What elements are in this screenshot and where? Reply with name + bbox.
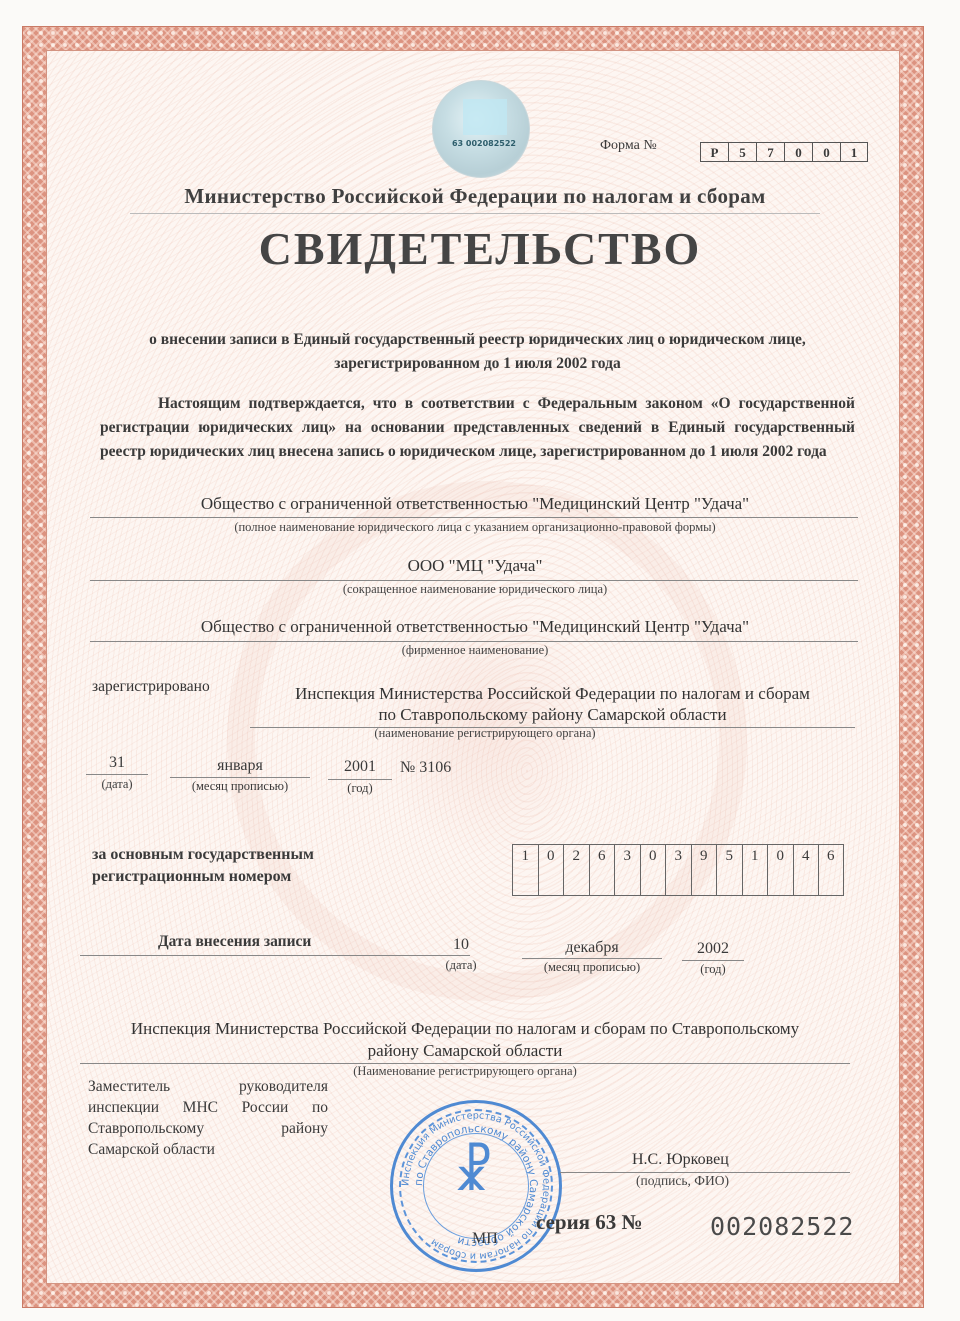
certificate-page: 63 002082522 Форма № Р 5 7 0 0 1 Министе… [0,0,960,1321]
hologram-number: 63 002082522 [449,139,519,148]
registering-authority-caption: (наименование регистрирующего органа) [250,726,720,741]
full-name-caption: (полное наименование юридического лица с… [90,520,860,535]
registration-number: № 3106 [400,759,451,777]
signer-position: Заместитель руководителя инспекции МНС Р… [88,1076,328,1160]
serial-label: серия 63 № [536,1210,643,1235]
hologram-seal-icon: 63 002082522 [432,80,530,178]
entry-month-line [522,958,662,959]
ogrn-digit: 1 [512,844,538,896]
registration-month: января [170,757,310,775]
full-name-line [90,517,858,518]
ogrn-digit: 1 [742,844,768,896]
brand-name-line [90,641,858,642]
registration-day-caption: (дата) [86,777,148,792]
short-name-line [90,580,858,581]
ogrn-digit: 9 [691,844,717,896]
short-name-caption: (сокращенное наименование юридического л… [90,582,860,597]
registration-day-line [86,774,148,775]
short-name-value: ООО "МЦ "Удача" [90,556,860,576]
ministry-name: Министерство Российской Федерации по нал… [130,184,820,214]
registration-month-line [170,777,310,778]
registered-label: зарегистрировано [92,678,210,696]
hologram-emblem [463,99,507,135]
form-code-cell: 1 [840,142,868,162]
entry-day: 10 [430,936,492,954]
issuing-authority-line1: Инспекция Министерства Российской Федера… [80,1019,850,1039]
signer-position-line: Заместитель руководителя [88,1076,328,1097]
form-code-cell: Р [700,142,728,162]
brand-name-value: Общество с ограниченной ответственностью… [90,617,860,637]
entry-year: 2002 [682,940,744,958]
certificate-title: СВИДЕТЕЛЬСТВО [120,222,840,275]
entry-date-label-line [80,955,470,956]
form-code-cell: 5 [728,142,756,162]
confirmation-paragraph: Настоящим подтверждается, что в соответс… [100,392,855,464]
form-code-cell: 0 [784,142,812,162]
ogrn-label: за основным государственным регистрацион… [92,844,314,888]
serial-number: 002082522 [710,1212,854,1241]
ogrn-digit: 0 [538,844,564,896]
full-name-value: Общество с ограниченной ответственностью… [90,494,860,514]
ogrn-label-line1: за основным государственным [92,844,314,866]
registration-day: 31 [86,754,148,772]
ogrn-boxes: 1 0 2 6 3 0 3 9 5 1 0 4 6 [512,844,844,896]
ogrn-digit: 0 [767,844,793,896]
issuing-authority-line2: району Самарской области [80,1041,850,1061]
entry-year-caption: (год) [682,962,744,977]
form-code-cell: 0 [812,142,840,162]
registration-year-line [328,779,392,780]
ogrn-digit: 4 [793,844,819,896]
registration-year-caption: (год) [328,781,392,796]
ogrn-digit: 5 [716,844,742,896]
entry-month-caption: (месяц прописью) [522,960,662,975]
ogrn-digit: 3 [614,844,640,896]
ogrn-digit: 2 [563,844,589,896]
form-code-cell: 7 [756,142,784,162]
certificate-subtitle: о внесении записи в Единый государственн… [100,328,855,376]
registration-year: 2001 [328,758,392,776]
eagle-emblem-icon: ☧ [453,1147,494,1199]
ogrn-label-line2: регистрационным номером [92,866,314,888]
ogrn-digit: 6 [818,844,844,896]
form-number-label: Форма № [600,138,657,154]
registering-authority-line1: Инспекция Министерства Российской Федера… [250,684,855,704]
ogrn-digit: 6 [589,844,615,896]
brand-name-caption: (фирменное наименование) [90,643,860,658]
form-number-boxes: Р 5 7 0 0 1 [700,142,868,162]
signer-position-line: инспекции МНС России по [88,1097,328,1118]
registration-month-caption: (месяц прописью) [170,779,310,794]
entry-day-caption: (дата) [430,958,492,973]
signer-name-caption: (подпись, ФИО) [636,1173,729,1189]
stamp-place-label: МП [472,1230,498,1248]
entry-date-label: Дата внесения записи [158,933,311,951]
entry-month: декабря [522,939,662,957]
signer-name: Н.С. Юрковец [632,1151,729,1169]
signer-position-line: Самарской области [88,1139,328,1160]
ogrn-digit: 0 [640,844,666,896]
registering-authority-line2: по Ставропольскому району Самарской обла… [250,705,855,725]
signer-position-line: Ставропольскому району [88,1118,328,1139]
entry-year-line [682,960,744,961]
ogrn-digit: 3 [665,844,691,896]
